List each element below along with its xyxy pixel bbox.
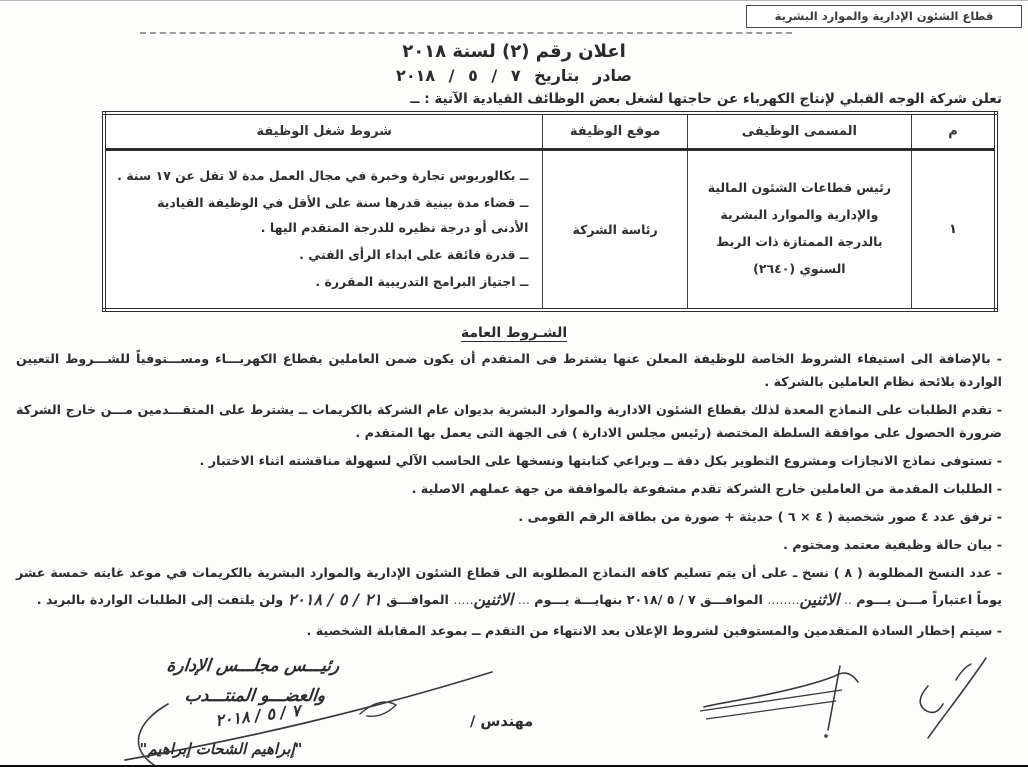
condition-line: ــ قضاء مدة بينية قدرها سنة على الأقل في…: [116, 190, 528, 240]
signature-scribble-1: [704, 673, 858, 707]
scanned-announcement-page: قطاع الشئون الإدارية والموارد البشرية اع…: [0, 1, 1028, 767]
announcement-title: اعلان رقم (٢) لسنة ٢٠١٨: [0, 41, 1028, 62]
condition-line: ــ بكالوريوس تجارة وخبرة في مجال العمل م…: [116, 163, 528, 188]
deadline-paragraph: - عدد النسخ المطلوبة ( ٨ ) نسخ ـ على أن …: [16, 561, 1002, 613]
handwritten-day-1: الاثنين: [800, 590, 840, 609]
signatory-name: "إبراهيم الشحات إبراهيم": [88, 740, 354, 758]
department-stamp-box: قطاع الشئون الإدارية والموارد البشرية: [746, 5, 1022, 28]
job-conditions-cell: ــ بكالوريوس تجارة وخبرة في مجال العمل م…: [104, 149, 543, 310]
condition-line: ــ قدرة فائقة على ابداء الرأى الفني .: [116, 242, 528, 267]
general-condition-item: - ترفق عدد ٤ صور شخصية ( ٤ × ٦ ) حديثة +…: [16, 505, 1002, 528]
general-condition-item: - سيتم إخطار السادة المتقدمين والمستوفين…: [16, 619, 1002, 642]
deadline-text: ولن يلتفت إلى الطلبات الواردة بالبريد .: [37, 592, 288, 607]
job-location-cell: رئاسة الشركة: [543, 149, 687, 310]
col-header-conditions: شروط شغل الوظيفة: [104, 113, 543, 149]
deadline-text: الموافـــق ٧ / ٥ /٢٠١٨ بنهايـــة يـــوم: [530, 592, 767, 607]
table-row: ١ رئيس قطاعات الشئون المالية والإدارية و…: [104, 149, 996, 310]
signature-scribble-2-slash: [928, 658, 986, 738]
signature-scribble-1-underline: [706, 701, 836, 719]
general-condition-item: - بيان حالة وظيفية معتمد ومختوم .: [16, 533, 1002, 556]
deadline-text: الموافـــق: [382, 592, 454, 607]
signature-scribble-1-underline: [700, 690, 842, 711]
signature-scribble-1-crossbar: [828, 666, 840, 730]
intro-line: تعلن شركة الوجه القبلي لإنتاج الكهرباء ع…: [18, 91, 1002, 107]
general-conditions-list: - بالإضافة الى استيفاء الشروط الخاصة للو…: [16, 347, 1002, 642]
blank-dots: ..: [844, 592, 852, 607]
general-condition-item: - الطلبات المقدمة من العاملين خارج الشرك…: [16, 477, 1002, 500]
blank-dots: ........: [767, 592, 799, 607]
col-header-location: موقع الوظيفة: [543, 113, 687, 149]
general-conditions-heading-wrap: الشـروط العامة: [0, 322, 1028, 341]
job-title-cell: رئيس قطاعات الشئون المالية والإدارية وال…: [687, 149, 911, 310]
handwritten-day-2: الاثنين: [474, 590, 514, 609]
col-header-job-title: المسمى الوظيفى: [687, 113, 911, 149]
handwritten-end-date: ٢١ / ٥ / ٢٠١٨: [288, 590, 382, 609]
vacancies-table: م المسمى الوظيفى موقع الوظيفة شروط شغل ا…: [102, 111, 998, 312]
general-condition-item: - تستوفى نماذج الانجازات ومشروع التطوير …: [16, 449, 1002, 472]
general-condition-item: - بالإضافة الى استيفاء الشروط الخاصة للو…: [16, 347, 1002, 393]
signature-ink-dot: [824, 734, 828, 738]
signatory-title-line1: رئيـــس مجلـــس الإدارة: [127, 656, 379, 676]
row-number: ١: [911, 149, 996, 310]
general-conditions-heading: الشـروط العامة: [461, 325, 567, 341]
col-header-num: م: [911, 113, 996, 149]
signature-area: رئيـــس مجلـــس الإدارة والعضـــو المنتـ…: [0, 648, 1028, 767]
signatory-role: مهندس /: [470, 714, 533, 730]
signatory-title-line2: والعضـــو المنتـــدب: [139, 686, 371, 706]
blank-dots: .....: [453, 592, 473, 607]
department-stamp-text: قطاع الشئون الإدارية والموارد البشرية: [775, 9, 994, 23]
table-header-row: م المسمى الوظيفى موقع الوظيفة شروط شغل ا…: [104, 113, 996, 149]
condition-line: ــ اجتياز البرامج التدريبية المقررة .: [116, 269, 528, 294]
issued-date-line: صادر بتاريخ ٧ / ٥ / ٢٠١٨: [0, 66, 1028, 85]
blank-dots: ...: [518, 592, 530, 607]
signature-scribble-2: [920, 686, 943, 712]
general-condition-item: - تقدم الطلبات على النماذج المعدة لذلك ب…: [16, 398, 1002, 444]
dashed-separator-line: [140, 32, 792, 34]
signature-scribble-2-tick: [956, 664, 971, 680]
